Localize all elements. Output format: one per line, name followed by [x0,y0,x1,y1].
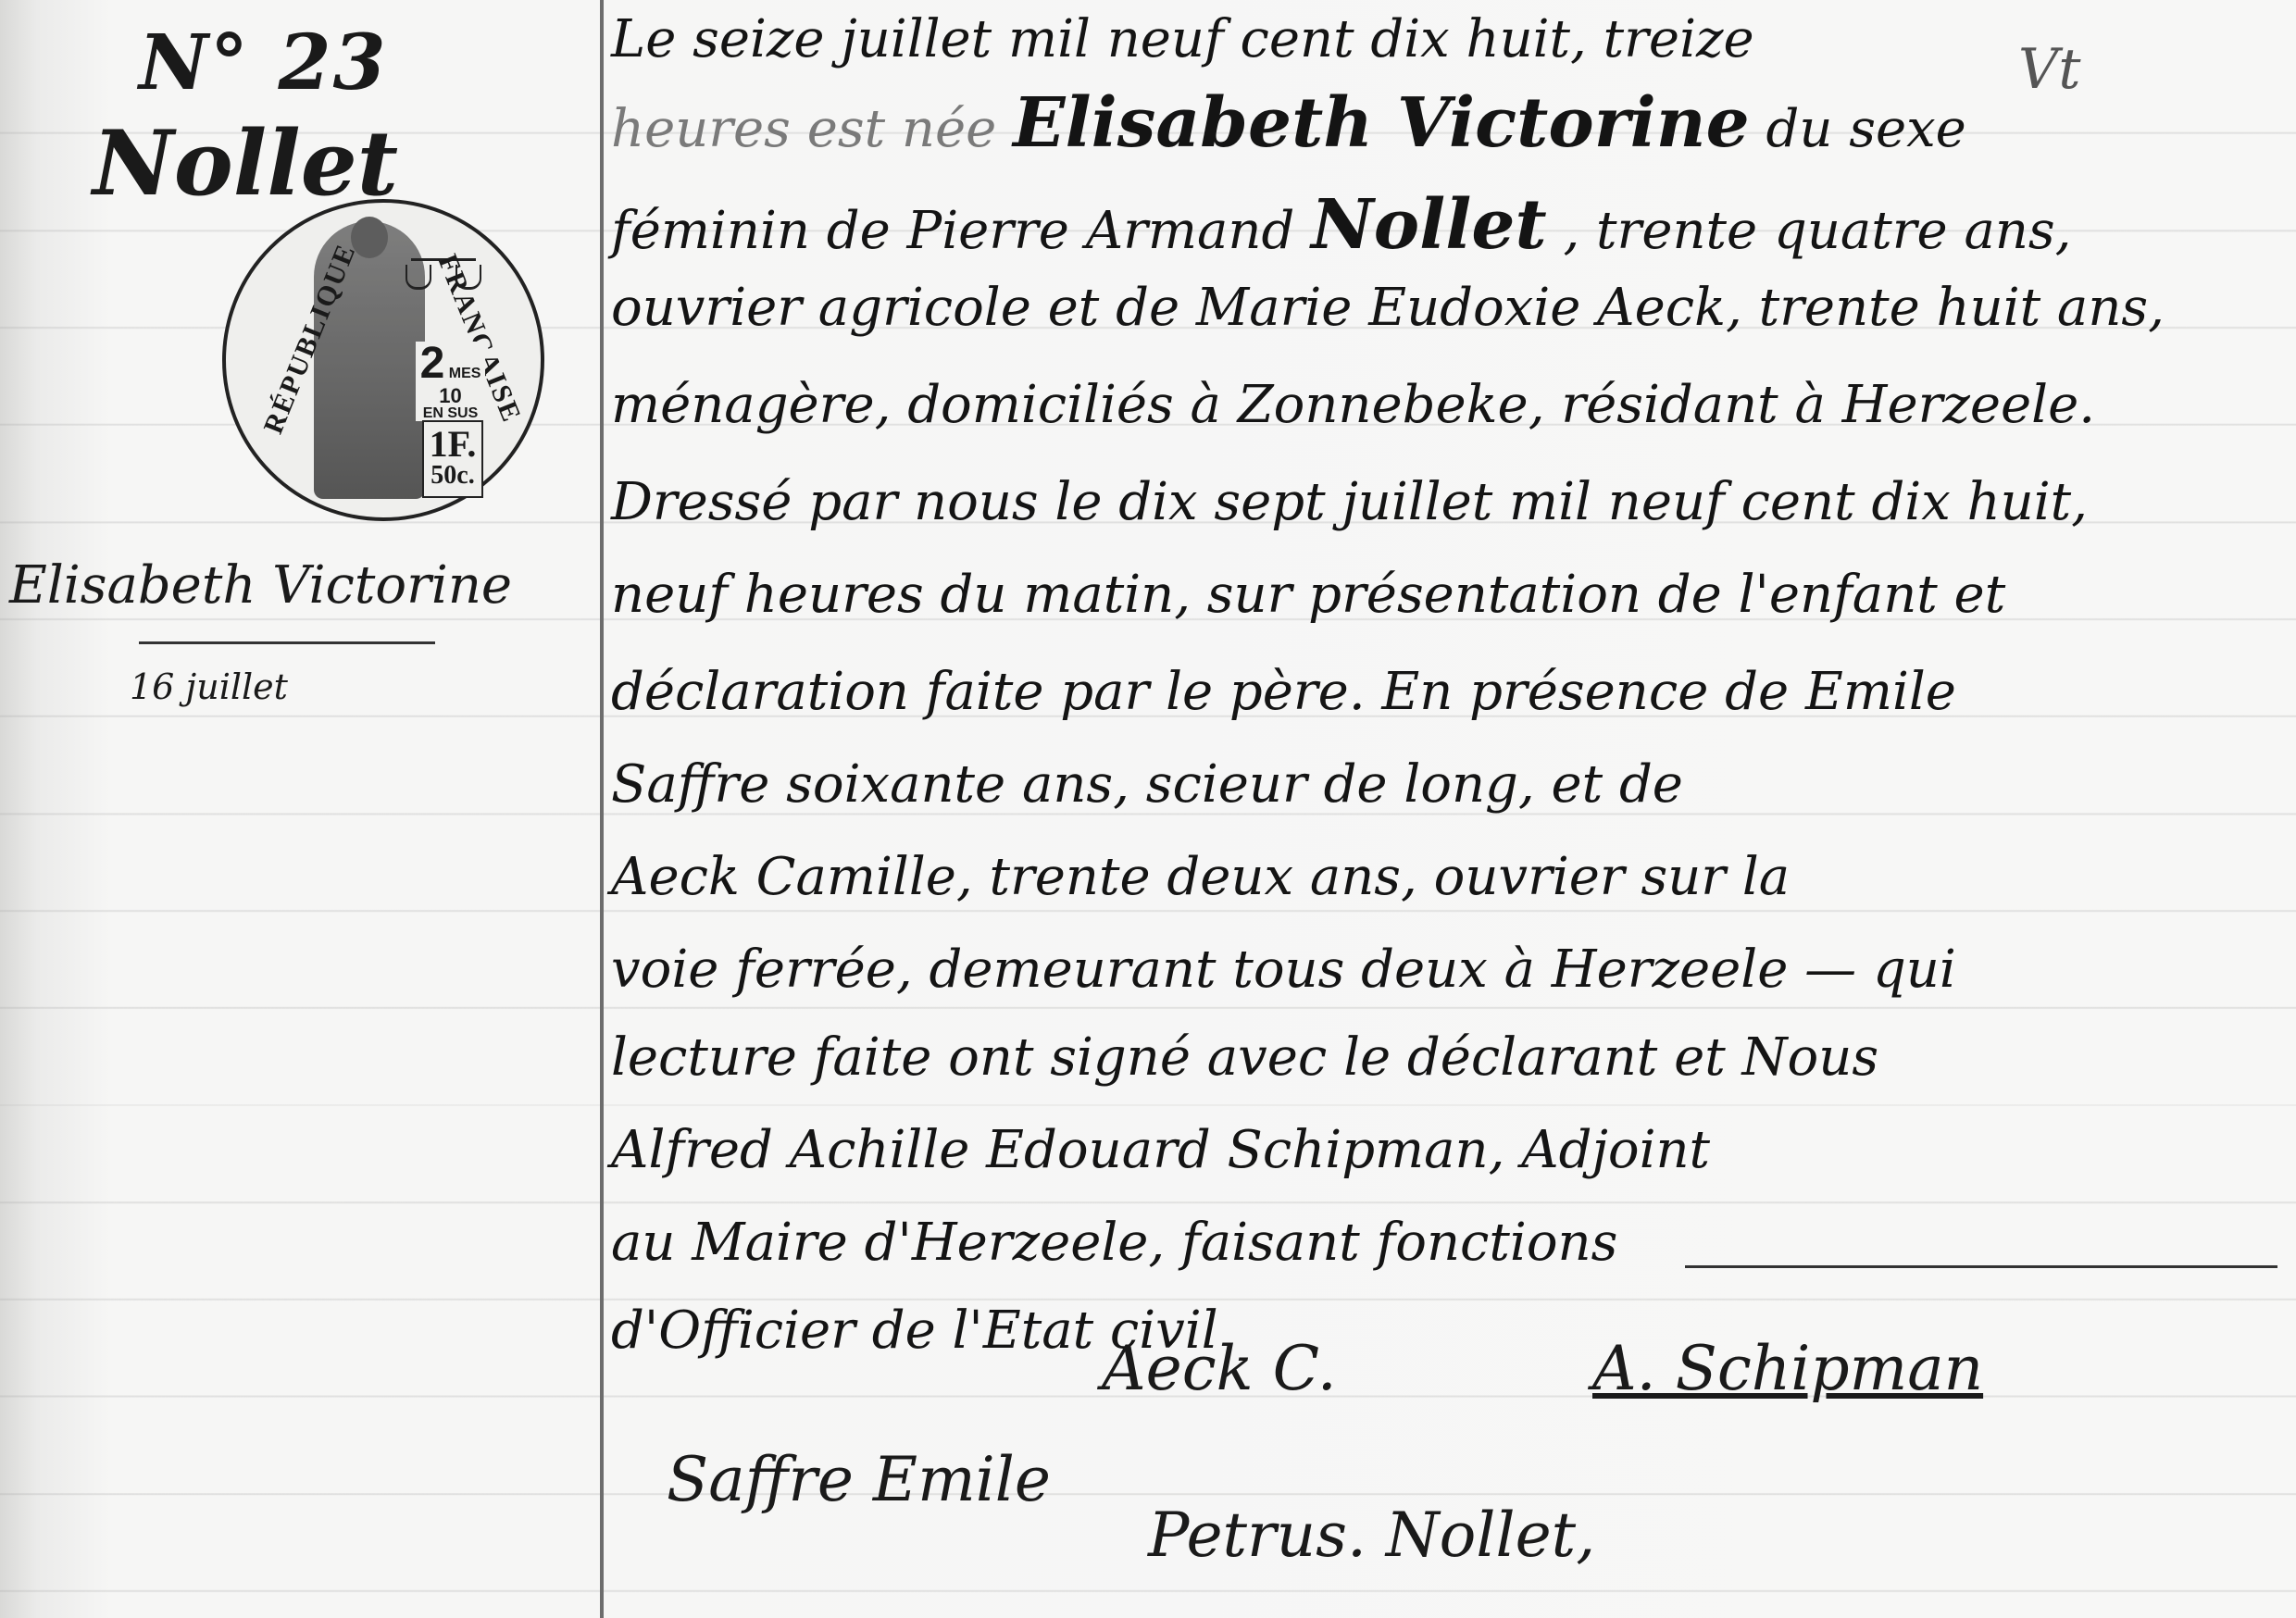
margin-given-names: Elisabeth Victorine [9,555,512,616]
stamp-value-cents: 50c. [424,463,481,489]
record-line-14: au Maire d'Herzeele, faisant fonctions [611,1213,1617,1273]
record-line-10: Aeck Camille, trente deux ans, ouvrier s… [611,847,1790,907]
record-line-12: lecture faite ont signé avec le déclaran… [611,1027,1878,1088]
margin-column: N° 23 Nollet RÉPUBLIQUE FRANÇAISE 2 MES … [0,0,600,1618]
record-line-3-pre: féminin de Pierre Armand [611,201,1311,261]
father-surname: Nollet [1311,185,1546,265]
child-given-names: Elisabeth Victorine [1013,83,1750,163]
record-line-11: voie ferrée, demeurant tous deux à Herze… [611,940,1956,1000]
fiscal-stamp: RÉPUBLIQUE FRANÇAISE 2 MES 10 EN SUS 1F.… [222,199,544,521]
stamp-tax-number: 2 [420,339,445,388]
record-line-2: heures est née Elisabeth Victorine du se… [611,83,1966,163]
stamp-tax-fraction-top: MES [449,366,481,381]
margin-underline [139,641,435,644]
signature-saffre: Saffre Emile [667,1444,1051,1515]
margin-surname: Nollet [93,111,398,216]
stamp-value-main: 1F. [424,426,481,463]
record-line-1: Le seize juillet mil neuf cent dix huit,… [611,9,1754,69]
signature-declarant: Petrus. Nollet, [1148,1500,1595,1571]
stamp-value-box: 1F. 50c. [422,420,483,498]
record-line-8: déclaration faite par le père. En présen… [611,662,1956,722]
margin-initials: Vt [2018,37,2080,102]
record-line-3: féminin de Pierre Armand Nollet , trente… [611,185,2071,265]
stamp-tax-label: EN SUS [423,405,479,421]
record-line-4: ouvrier agricole et de Marie Eudoxie Aec… [611,278,2165,338]
record-line-5: ménagère, domiciliés à Zonnebeke, résida… [611,375,2095,435]
margin-date: 16 juillet [130,666,288,707]
record-line-7: neuf heures du matin, sur présentation d… [611,565,2005,625]
register-page: N° 23 Nollet RÉPUBLIQUE FRANÇAISE 2 MES … [0,0,2296,1618]
closing-line [1685,1265,2277,1268]
signature-officer: A. Schipman [1592,1333,1983,1404]
act-number: N° 23 [139,19,388,107]
record-line-6: Dressé par nous le dix sept juillet mil … [611,472,2088,532]
signature-aeck: Aeck C. [1102,1333,1337,1404]
record-line-2-pre: heures est née [611,99,1013,159]
record-line-9: Saffre soixante ans, scieur de long, et … [611,754,1683,815]
margin-divider-line [600,0,604,1618]
record-line-3-post: , trente quatre ans, [1563,201,2071,261]
stamp-tax-fraction-bottom: 10 [439,384,461,407]
record-line-13: Alfred Achille Edouard Schipman, Adjoint [611,1120,1710,1180]
record-line-2-post: du sexe [1766,99,1965,159]
stamp-surtax: 2 MES 10 EN SUS [416,342,485,421]
